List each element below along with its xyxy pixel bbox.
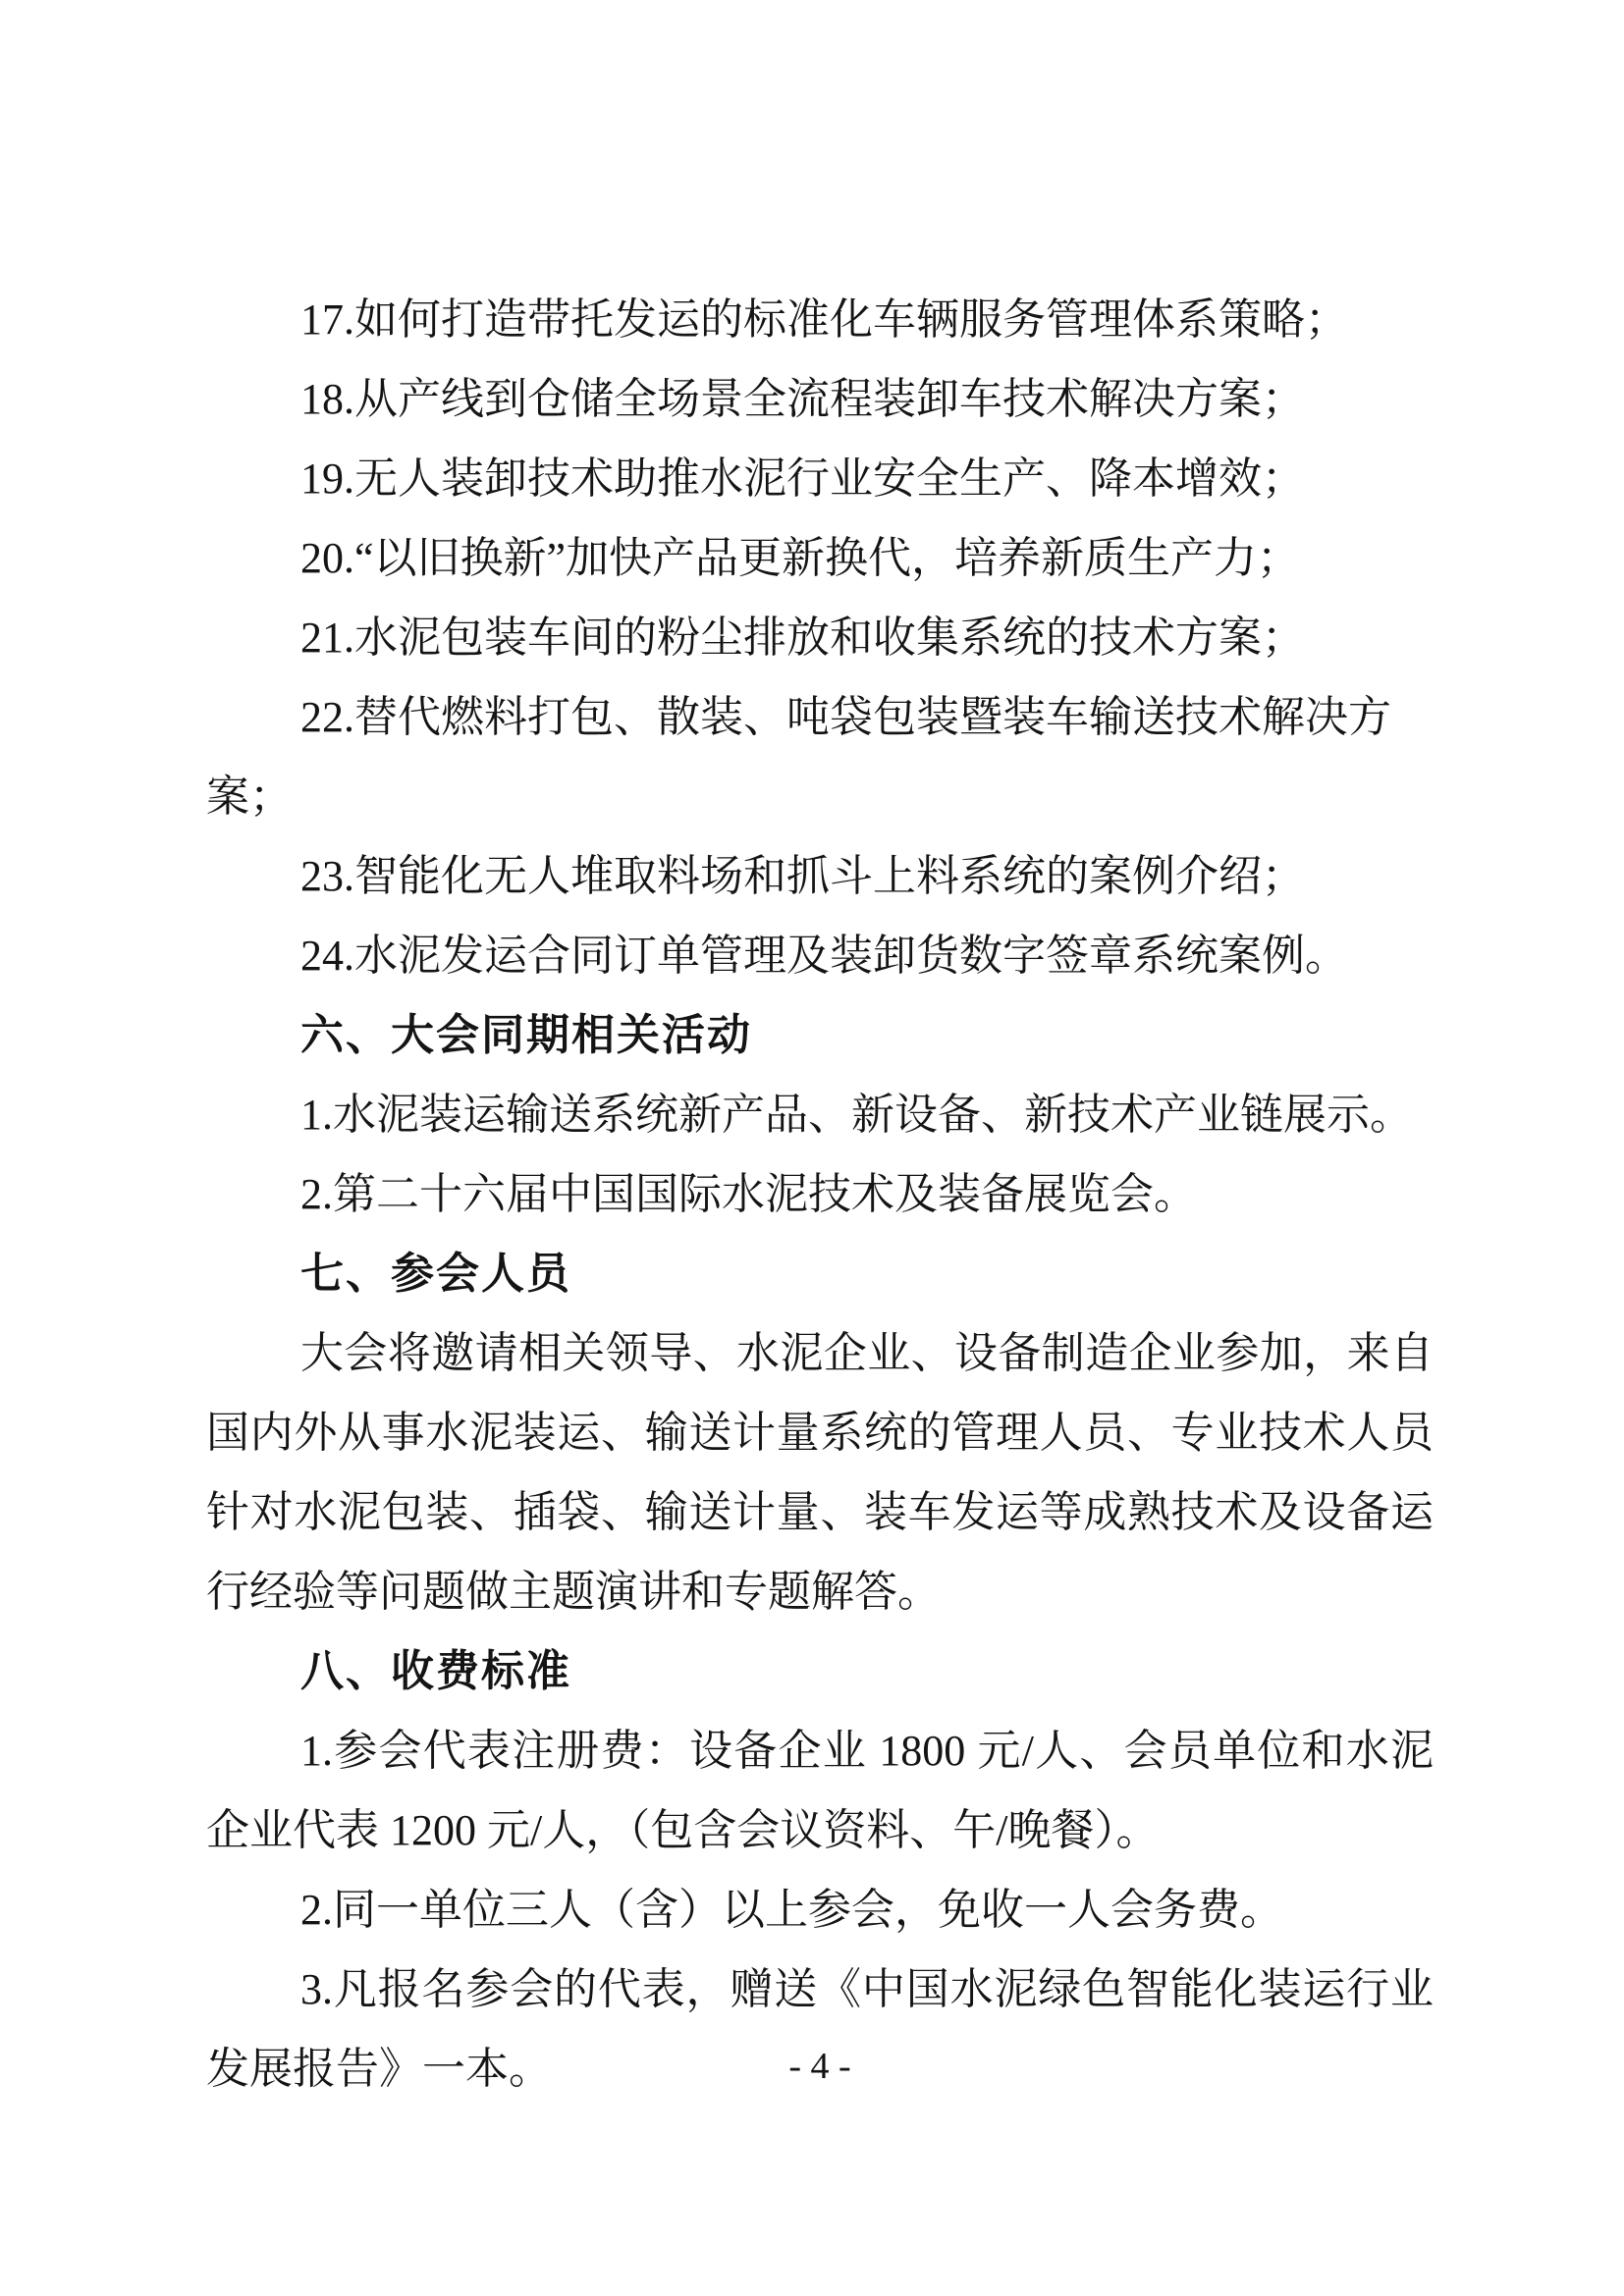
section-eight-heading: 八、收费标准 <box>206 1631 1434 1711</box>
page-number: - 4 - <box>206 2027 1434 2107</box>
section-eight-item-1-line: 1.参会代表注册费：设备企业 1800 元/人、会员单位和水泥 <box>206 1711 1434 1790</box>
agenda-item-19: 19.无人装卸技术助推水泥行业安全生产、降本增效； <box>206 439 1434 518</box>
section-eight-item-1-line: 企业代表 1200 元/人，（包含会议资料、午/晚餐）。 <box>206 1790 1434 1870</box>
agenda-item-17: 17.如何打造带托发运的标准化车辆服务管理体系策略； <box>206 280 1434 359</box>
section-seven-paragraph-line: 行经验等问题做主题演讲和专题解答。 <box>206 1552 1434 1631</box>
agenda-item-18: 18.从产线到仓储全场景全流程装卸车技术解决方案； <box>206 359 1434 439</box>
document-body: 17.如何打造带托发运的标准化车辆服务管理体系策略； 18.从产线到仓储全场景全… <box>206 280 1434 2109</box>
agenda-item-24: 24.水泥发运合同订单管理及装卸货数字签章系统案例。 <box>206 916 1434 995</box>
section-six-item-1: 1.水泥装运输送系统新产品、新设备、新技术产业链展示。 <box>206 1075 1434 1154</box>
section-seven-paragraph-line: 针对水泥包装、插袋、输送计量、装车发运等成熟技术及设备运 <box>206 1472 1434 1552</box>
section-six-item-2: 2.第二十六届中国国际水泥技术及装备展览会。 <box>206 1154 1434 1234</box>
agenda-item-23: 23.智能化无人堆取料场和抓斗上料系统的案例介绍； <box>206 836 1434 916</box>
section-seven-paragraph-line: 国内外从事水泥装运、输送计量系统的管理人员、专业技术人员 <box>206 1393 1434 1472</box>
section-seven-heading: 七、参会人员 <box>206 1234 1434 1313</box>
section-eight-item-3-line: 3.凡报名参会的代表，赠送《中国水泥绿色智能化装运行业 <box>206 1949 1434 2029</box>
section-seven-paragraph-line: 大会将邀请相关领导、水泥企业、设备制造企业参加，来自 <box>206 1313 1434 1393</box>
document-page: 17.如何打造带托发运的标准化车辆服务管理体系策略； 18.从产线到仓储全场景全… <box>0 0 1624 2296</box>
agenda-item-21: 21.水泥包装车间的粉尘排放和收集系统的技术方案； <box>206 598 1434 677</box>
section-six-heading: 六、大会同期相关活动 <box>206 995 1434 1075</box>
section-eight-item-2: 2.同一单位三人（含）以上参会，免收一人会务费。 <box>206 1870 1434 1949</box>
agenda-item-22: 22.替代燃料打包、散装、吨袋包装暨装车输送技术解决方案； <box>206 677 1434 836</box>
agenda-item-20: 20.“以旧换新”加快产品更新换代，培养新质生产力； <box>206 518 1434 598</box>
